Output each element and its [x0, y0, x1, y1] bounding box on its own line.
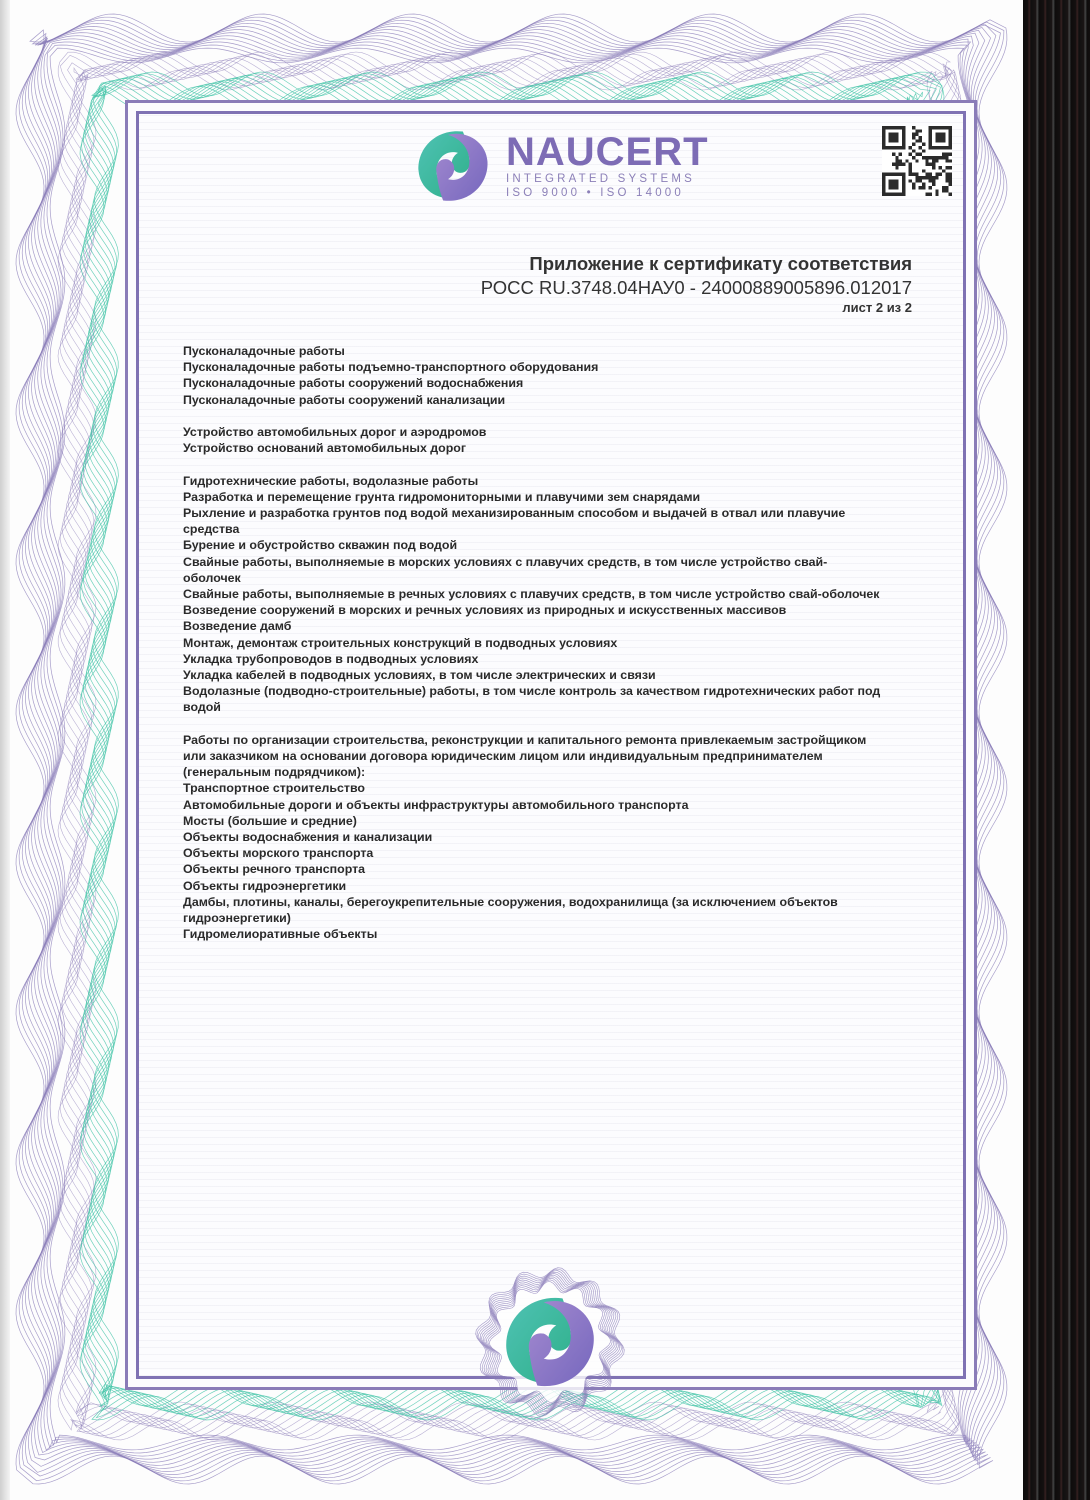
- brand-name: NAUCERT: [506, 132, 709, 172]
- section-gap: [183, 408, 883, 424]
- activity-item: Объекты водоснабжения и канализации: [183, 829, 883, 845]
- swirl-seal-icon: [470, 1262, 630, 1422]
- activity-item: Объекты гидроэнергетики: [183, 878, 883, 894]
- activity-item: Водолазные (подводно-строительные) работ…: [183, 683, 883, 715]
- activity-item: Гидротехнические работы, водолазные рабо…: [183, 473, 883, 489]
- activity-item: Устройство автомобильных дорог и аэродро…: [183, 424, 883, 440]
- activity-item: Работы по организации строительства, рек…: [183, 732, 883, 781]
- activity-item: Возведение дамб: [183, 618, 883, 634]
- section-gap: [183, 716, 883, 732]
- sheet-number: лист 2 из 2: [481, 300, 912, 316]
- activity-item: Гидромелиоративные объекты: [183, 926, 883, 942]
- activity-item: Рыхление и разработка грунтов под водой …: [183, 505, 883, 537]
- naucert-logo: NAUCERT INTEGRATED SYSTEMS ISO 9000 • IS…: [412, 125, 709, 207]
- activity-item: Транспортное строительство: [183, 780, 883, 796]
- activity-item: Дамбы, плотины, каналы, берегоукрепитель…: [183, 894, 883, 926]
- activity-item: Возведение сооружений в морских и речных…: [183, 602, 883, 618]
- activity-item: Свайные работы, выполняемые в морских ус…: [183, 554, 883, 586]
- activity-list: Пусконаладочные работыПусконаладочные ра…: [183, 343, 883, 942]
- activity-item: Объекты речного транспорта: [183, 861, 883, 877]
- certificate-number: РОСС RU.3748.04НАУ0 - 24000889005896.012…: [481, 276, 912, 300]
- scan-background-strip: [1023, 0, 1090, 1500]
- activity-item: Укладка трубопроводов в подводных услови…: [183, 651, 883, 667]
- activity-item: Объекты морского транспорта: [183, 845, 883, 861]
- activity-item: Пусконаладочные работы сооружений водосн…: [183, 375, 883, 391]
- activity-item: Свайные работы, выполняемые в речных усл…: [183, 586, 883, 602]
- swirl-logo-icon: [412, 125, 494, 207]
- activity-item: Автомобильные дороги и объекты инфрастру…: [183, 797, 883, 813]
- activity-item: Пусконаладочные работы сооружений канали…: [183, 392, 883, 408]
- activity-item: Мосты (большие и средние): [183, 813, 883, 829]
- qr-code-icon: [882, 126, 952, 196]
- document-title: Приложение к сертификату соответствия: [481, 252, 912, 276]
- activity-item: Бурение и обустройство скважин под водой: [183, 537, 883, 553]
- activity-item: Пусконаладочные работы подъемно-транспор…: [183, 359, 883, 375]
- document-header: Приложение к сертификату соответствия РО…: [481, 252, 912, 316]
- section-gap: [183, 456, 883, 472]
- activity-item: Монтаж, демонтаж строительных конструкци…: [183, 635, 883, 651]
- brand-tagline-2: ISO 9000 • ISO 14000: [506, 186, 709, 200]
- brand-tagline-1: INTEGRATED SYSTEMS: [506, 172, 709, 186]
- activity-item: Пусконаладочные работы: [183, 343, 883, 359]
- activity-item: Укладка кабелей в подводных условиях, в …: [183, 667, 883, 683]
- activity-item: Разработка и перемещение грунта гидромон…: [183, 489, 883, 505]
- activity-item: Устройство оснований автомобильных дорог: [183, 440, 883, 456]
